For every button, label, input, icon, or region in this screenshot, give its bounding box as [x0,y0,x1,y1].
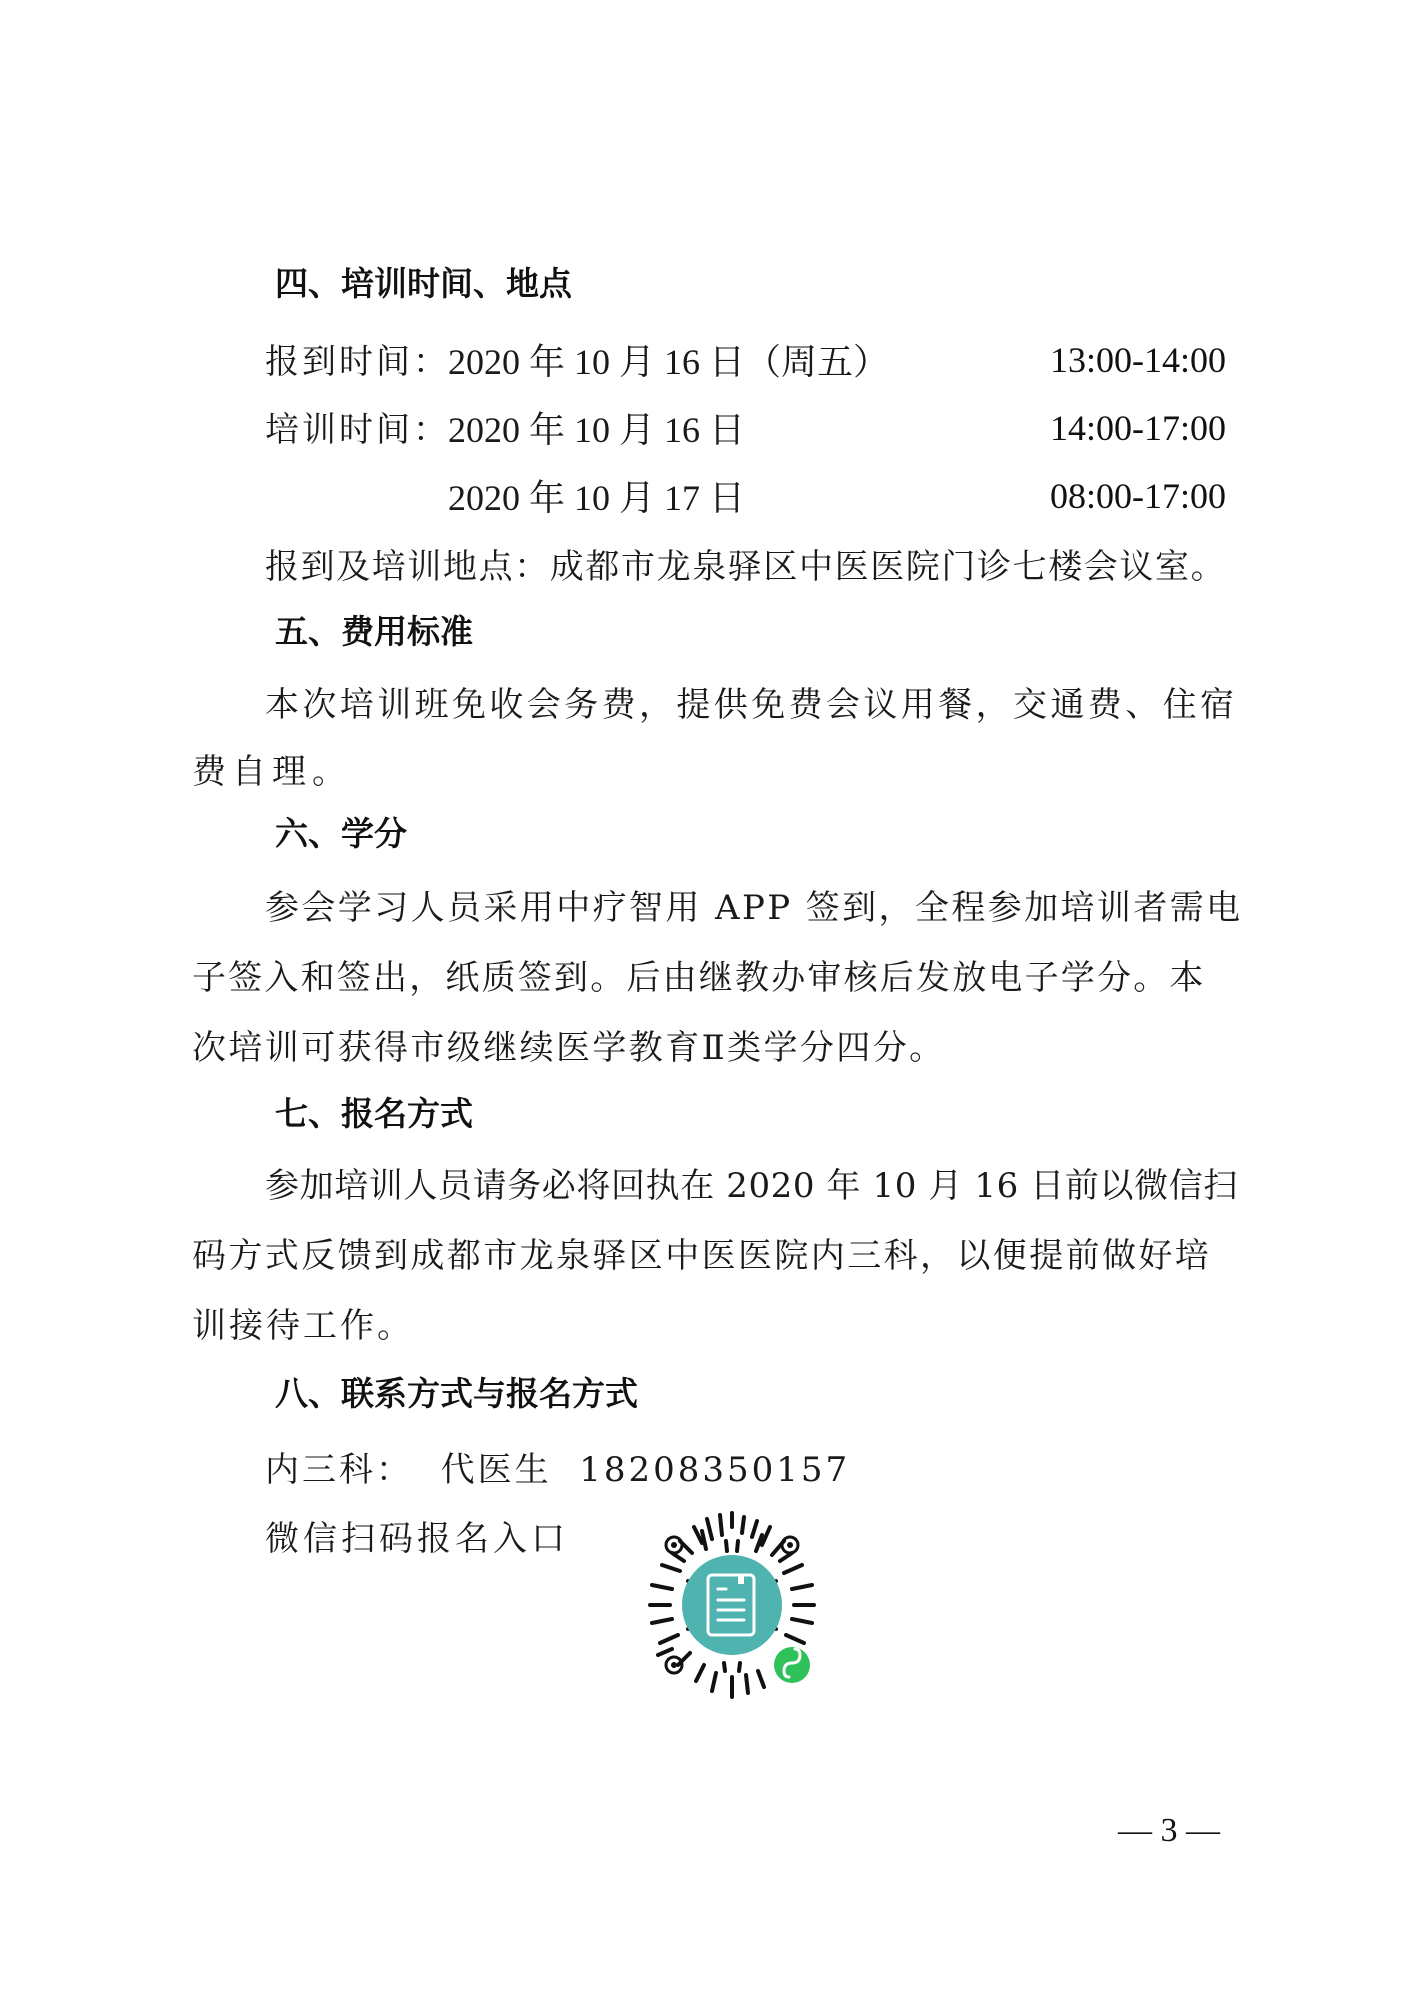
schedule-time-training-day1: 14:00-17:00 [1050,408,1226,448]
wechat-qr-code[interactable] [632,1505,832,1705]
registration-text-line-3: 训接待工作。 [192,1306,414,1346]
contact-info: 内三科： 代医生 18208350157 [265,1450,850,1490]
credit-text-line-1: 参会学习人员采用中疗智用 APP 签到，全程参加培训者需电 [265,888,1243,928]
fee-text-line-2: 费自理。 [192,752,352,792]
qr-label: 微信扫码报名入口 [265,1519,569,1559]
schedule-label-checkin: 报到时间： [265,342,450,382]
section-6-heading: 六、学分 [275,814,407,854]
schedule-date-checkin: 2020 年 10 月 16 日（周五） [448,342,889,382]
credit-text-line-3: 次培训可获得市级继续医学教育Ⅱ类学分四分。 [192,1028,946,1068]
section-5-heading: 五、费用标准 [275,612,473,652]
document-page: 四、培训时间、地点 报到时间： 2020 年 10 月 16 日（周五） 13:… [0,0,1414,2000]
schedule-time-checkin: 13:00-14:00 [1050,340,1226,380]
training-location: 报到及培训地点：成都市龙泉驿区中医医院门诊七楼会议室。 [265,547,1226,587]
section-8-heading: 八、联系方式与报名方式 [275,1374,638,1414]
schedule-label-training: 培训时间： [265,410,450,450]
schedule-date-training-day2: 2020 年 10 月 17 日 [448,478,745,518]
registration-text-line-2: 码方式反馈到成都市龙泉驿区中医医院内三科，以便提前做好培 [192,1236,1211,1276]
registration-text-line-1: 参加培训人员请务必将回执在 2020 年 10 月 16 日前以微信扫 [265,1166,1238,1206]
fee-text-line-1: 本次培训班免收会务费，提供免费会议用餐，交通费、住宿 [265,685,1237,725]
schedule-time-training-day2: 08:00-17:00 [1050,476,1226,516]
schedule-date-training-day1: 2020 年 10 月 16 日 [448,410,745,450]
section-4-heading: 四、培训时间、地点 [275,264,572,304]
credit-text-line-2: 子签入和签出，纸质签到。后由继教办审核后发放电子学分。本 [192,958,1206,998]
page-number: — 3 — [1118,1812,1220,1850]
section-7-heading: 七、报名方式 [275,1094,473,1134]
